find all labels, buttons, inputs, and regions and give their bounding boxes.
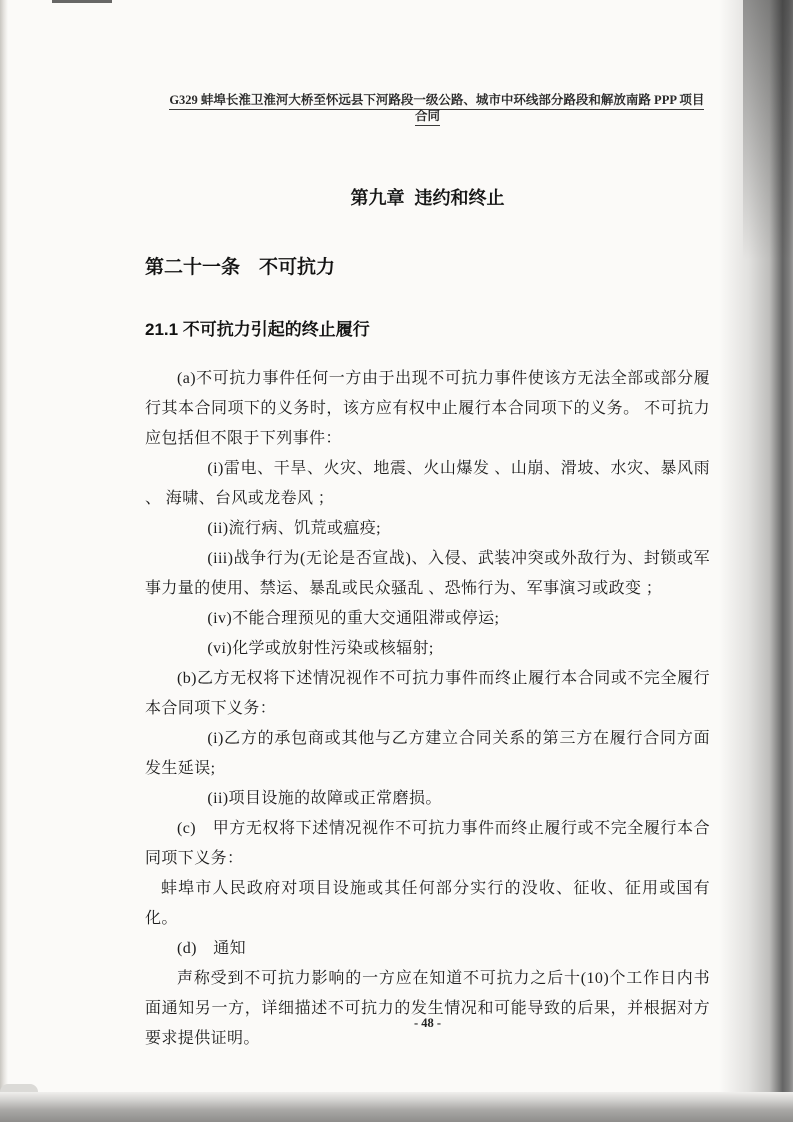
- scanned-page: G329 蚌埠长淮卫淮河大桥至怀远县下河路段一级公路、城市中环线部分路段和解放南…: [0, 0, 793, 1122]
- paragraph: (iii)战争行为(无论是否宣战)、入侵、武装冲突或外敌行为、封锁或军事力量的使…: [145, 544, 710, 604]
- paragraph: 蚌埠市人民政府对项目设施或其任何部分实行的没收、征收、征用或国有化。: [145, 874, 710, 934]
- left-scan-edge: [0, 0, 8, 1094]
- paragraph: (i)雷电、干旱、火灾、地震、火山爆发 、山崩、滑坡、水灾、暴风雨 、 海啸、台…: [145, 454, 710, 514]
- paragraph: (i)乙方的承包商或其他与乙方建立合同关系的第三方在履行合同方面发生延误;: [145, 724, 710, 784]
- document-header: G329 蚌埠长淮卫淮河大桥至怀远县下河路段一级公路、城市中环线部分路段和解放南…: [145, 76, 710, 140]
- paragraph: (ii)流行病、饥荒或瘟疫;: [145, 514, 710, 544]
- bottom-scan-shadow: [0, 1092, 793, 1122]
- paragraph: (ii)项目设施的故障或正常磨损。: [145, 784, 710, 814]
- page-number: - 48 -: [145, 1016, 710, 1031]
- paragraph: (a)不可抗力事件任何一方由于出现不可抗力事件使该方无法全部或部分履行其本合同项…: [145, 364, 710, 454]
- right-scan-shadow-top: [743, 0, 793, 260]
- page-content: G329 蚌埠长淮卫淮河大桥至怀远县下河路段一级公路、城市中环线部分路段和解放南…: [145, 76, 710, 1054]
- paragraph: (vi)化学或放射性污染或核辐射;: [145, 634, 710, 664]
- article-title: 第二十一条 不可抗力: [145, 252, 710, 279]
- document-header-text: G329 蚌埠长淮卫淮河大桥至怀远县下河路段一级公路、城市中环线部分路段和解放南…: [169, 93, 704, 126]
- paragraph: (iv)不能合理预见的重大交通阻滞或停运;: [145, 604, 710, 634]
- paragraph: 声称受到不可抗力影响的一方应在知道不可抗力之后十(10)个工作日内书面通知另一方…: [145, 964, 710, 1054]
- document-body: (a)不可抗力事件任何一方由于出现不可抗力事件使该方无法全部或部分履行其本合同项…: [145, 364, 710, 1054]
- paragraph: (d) 通知: [145, 934, 710, 964]
- paragraph: (b)乙方无权将下述情况视作不可抗力事件而终止履行本合同或不完全履行本合同项下义…: [145, 664, 710, 724]
- section-title: 21.1 不可抗力引起的终止履行: [145, 315, 710, 340]
- top-scan-artifact: [52, 0, 112, 3]
- chapter-title: 第九章 违约和终止: [145, 184, 710, 210]
- paragraph: (c) 甲方无权将下述情况视作不可抗力事件而终止履行或不完全履行本合同项下义务：: [145, 814, 710, 874]
